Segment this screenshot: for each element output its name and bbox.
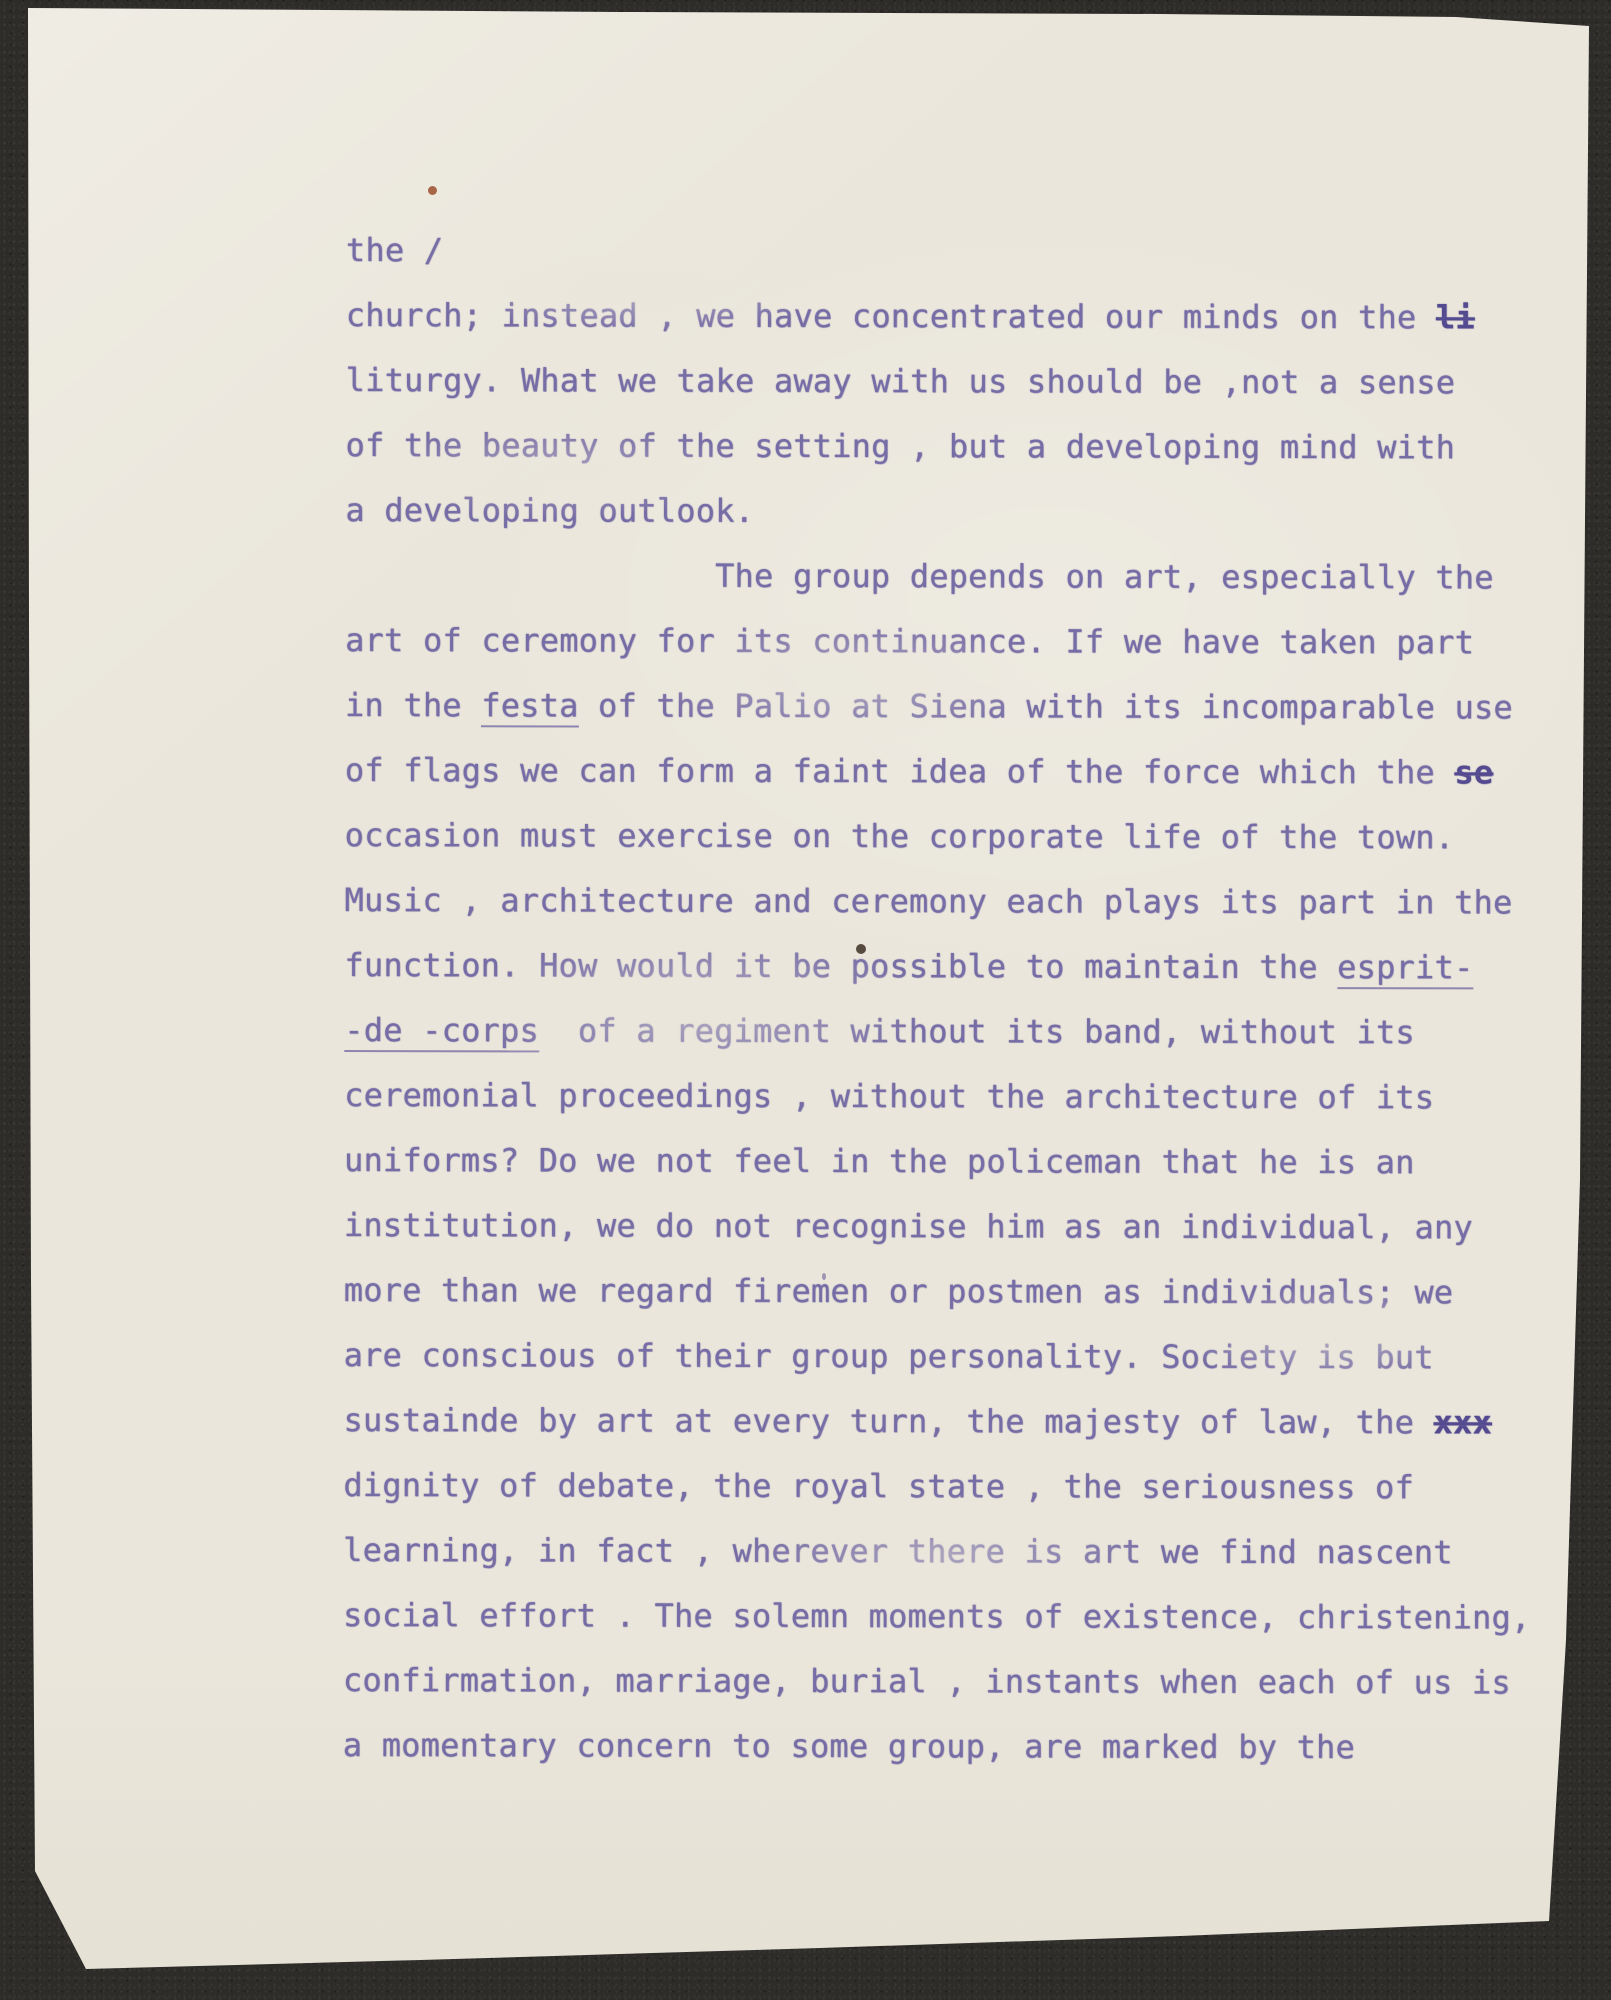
typed-line: occasion must exercise on the corporate … [345, 803, 1533, 870]
typed-line: function. How would it be possible to ma… [344, 933, 1532, 1000]
typed-line: institution, we do not recognise him as … [344, 1193, 1532, 1260]
typed-line: of flags we can form a faint idea of the… [345, 738, 1533, 805]
typed-text-segment: social effort . The solemn moments of ex… [343, 1596, 1530, 1636]
struck-text: xxx [1434, 1403, 1492, 1441]
typed-line: are conscious of their group personality… [344, 1323, 1532, 1390]
typed-text-segment: occasion must exercise on the corporate … [345, 816, 1455, 856]
typed-text-segment: the / [346, 231, 443, 269]
typed-text-segment: art of ceremony for its continuance. If … [345, 621, 1474, 661]
paper-speck-red [428, 186, 437, 195]
typed-line: Music , architecture and ceremony each p… [345, 868, 1533, 935]
typed-line: church; instead , we have concentrated o… [346, 283, 1534, 350]
typed-text-segment: more than we regard firemen or postmen a… [344, 1271, 1454, 1311]
underlined-text: festa [481, 686, 578, 727]
typed-line: dignity of debate, the royal state , the… [343, 1453, 1531, 1520]
typed-text-segment: sustainde by art at every turn, the maje… [343, 1401, 1433, 1441]
typed-text-segment: ceremonial proceedings , without the arc… [344, 1076, 1434, 1116]
typed-text-segment: of flags we can form a faint idea of the… [345, 751, 1455, 791]
struck-text: li [1436, 298, 1475, 336]
typed-line: of the beauty of the setting , but a dev… [345, 413, 1533, 480]
typed-line: learning, in fact , wherever there is ar… [343, 1518, 1531, 1585]
typed-line: social effort . The solemn moments of ex… [343, 1583, 1531, 1650]
typed-text-segment: The group depends on art, especially the [345, 556, 1494, 596]
typescript-page: the /church; instead , we have concentra… [0, 0, 1611, 2000]
typed-text-segment: of a regiment without its band, without … [539, 1011, 1415, 1051]
typed-line: liturgy. What we take away with us shoul… [346, 348, 1534, 415]
photo-background: the /church; instead , we have concentra… [0, 0, 1611, 2000]
typed-line: The group depends on art, especially the [345, 543, 1533, 610]
typed-text-segment: in the [345, 686, 481, 724]
underlined-text: esprit- [1337, 948, 1473, 989]
typed-line: in the festa of the Palio at Siena with … [345, 673, 1533, 740]
typed-text-segment: church; instead , we have concentrated o… [346, 296, 1436, 336]
typed-text-segment: dignity of debate, the royal state , the… [343, 1466, 1414, 1506]
struck-text: se [1454, 753, 1493, 791]
typed-line: a developing outlook. [345, 478, 1533, 545]
typed-line: -de -corps of a regiment without its ban… [344, 998, 1532, 1065]
typed-line: the / [346, 218, 1534, 285]
typed-line: art of ceremony for its continuance. If … [345, 608, 1533, 675]
typed-text-segment: institution, we do not recognise him as … [344, 1206, 1473, 1246]
typed-text-segment: a developing outlook. [345, 491, 754, 530]
typed-text: the /church; instead , we have concentra… [343, 218, 1534, 1780]
typed-line: sustainde by art at every turn, the maje… [343, 1388, 1531, 1455]
typed-text-segment: are conscious of their group personality… [344, 1336, 1434, 1376]
typed-line: confirmation, marriage, burial , instant… [343, 1648, 1531, 1715]
underlined-text: -de -corps [344, 1011, 539, 1052]
typed-text-segment: uniforms? Do we not feel in the policema… [344, 1141, 1415, 1181]
typed-line: ceremonial proceedings , without the arc… [344, 1063, 1532, 1130]
typed-text-segment: Music , architecture and ceremony each p… [345, 881, 1513, 921]
typed-line: more than we regard firemen or postmen a… [344, 1258, 1532, 1325]
typed-line: uniforms? Do we not feel in the policema… [344, 1128, 1532, 1195]
typed-text-segment: of the beauty of the setting , but a dev… [345, 426, 1455, 466]
typed-line: a momentary concern to some group, are m… [343, 1713, 1531, 1780]
typed-text-segment: of the Palio at Siena with its incompara… [579, 686, 1513, 726]
typed-text-segment: a momentary concern to some group, are m… [343, 1726, 1355, 1766]
typed-text-segment: liturgy. What we take away with us shoul… [346, 361, 1456, 401]
typed-text-segment: confirmation, marriage, burial , instant… [343, 1661, 1511, 1701]
typed-text-segment: learning, in fact , wherever there is ar… [343, 1531, 1453, 1571]
typed-text-segment: function. How would it be possible to ma… [344, 946, 1337, 986]
